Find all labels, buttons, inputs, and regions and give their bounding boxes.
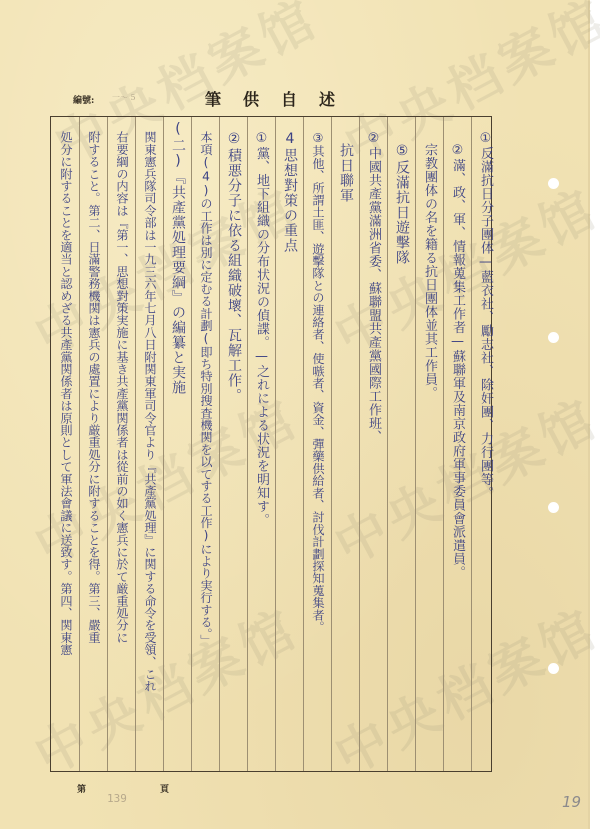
text-column: 4思想對策の重点 (277, 131, 302, 253)
text-column: 関東憲兵隊司令部は一九三六年七月八日附関東軍司令官より『共產黨処理』に関する命令… (137, 131, 162, 692)
punch-hole (548, 663, 559, 674)
page-prefix: 第 (77, 782, 86, 795)
punch-hole (548, 502, 559, 513)
text-column: ②積悪分子に依る組織破壞、瓦解工作。 (221, 131, 246, 403)
punch-hole (548, 332, 559, 343)
text-column: 附すること。第二、日滿警務機関は憲兵の處置により厳重処分に附することを得。第三、… (81, 131, 106, 643)
number-label: 編號: (73, 93, 94, 106)
column-rule (471, 117, 472, 771)
number-value: 一〜 5 (112, 92, 136, 103)
column-rule (443, 117, 444, 771)
column-rule (415, 117, 416, 771)
text-column: 宗教團体の名を籍る抗日團体並其工作員。 (417, 143, 442, 400)
column-rule (275, 117, 276, 771)
column-rule (359, 117, 360, 771)
text-column: (二)『共產黨処理要綱』の編纂と実施 (165, 121, 190, 395)
column-rule (191, 117, 192, 771)
column-rule (79, 117, 80, 771)
page-title: 筆供自述 (205, 87, 357, 110)
text-column: 右要綱の内容は『第一、思想對策実施に基き共產黨関係者は從前の如く憲兵に於て厳重処… (109, 131, 134, 643)
column-rule (303, 117, 304, 771)
text-column: ①黨、地下組織の分布状況の偵諜。—之れによる状況を明知す。 (249, 131, 274, 527)
column-rule (135, 117, 136, 771)
punch-hole (548, 178, 559, 189)
column-rule (163, 117, 164, 771)
text-column: ③其他、所謂土匪、遊擊隊との連絡者、使嗾者、資金、彈藥供給者、討伐計劃探知蒐集者… (305, 131, 330, 633)
column-rule (107, 117, 108, 771)
text-column: 本項(4)の工作は別に定むる計劃(即ち特別搜査機関を以てする工作)により実行する… (193, 131, 218, 646)
sheet-number: 19 (562, 793, 581, 811)
text-column: 処分に附することを適当と認めざる共產黨関係者は原則として軍法會議に送致す。第四、… (53, 131, 78, 656)
page-edge (588, 0, 590, 829)
writing-frame: ①反滿抗日分子團体—藍衣社、勵志社、除奸團、力行團等。 ②滿、政、軍、情報蒐集工… (50, 116, 492, 772)
document-page: 中央档案馆 中央档案馆 中央档案馆 中央档案馆 中央档案馆 中央档案馆 中央档案… (0, 0, 590, 829)
archive-number: 139 (107, 792, 127, 805)
column-rule (387, 117, 388, 771)
page-suffix: 頁 (160, 782, 169, 795)
text-column: 抗日聯軍 (333, 143, 358, 203)
column-rule (247, 117, 248, 771)
text-column: ①反滿抗日分子團体—藍衣社、勵志社、除奸團、力行團等。 (473, 131, 498, 500)
column-rule (331, 117, 332, 771)
column-rule (219, 117, 220, 771)
text-column: ②中國共產黨滿洲省委、蘇聯盟共產黨國際工作班、 (361, 131, 386, 444)
text-column: ⑤反滿抗日遊擊隊 (389, 143, 414, 265)
text-column: ②滿、政、軍、情報蒐集工作者—蘇聯軍及南京政府軍事委員會派遣員。 (445, 143, 470, 579)
